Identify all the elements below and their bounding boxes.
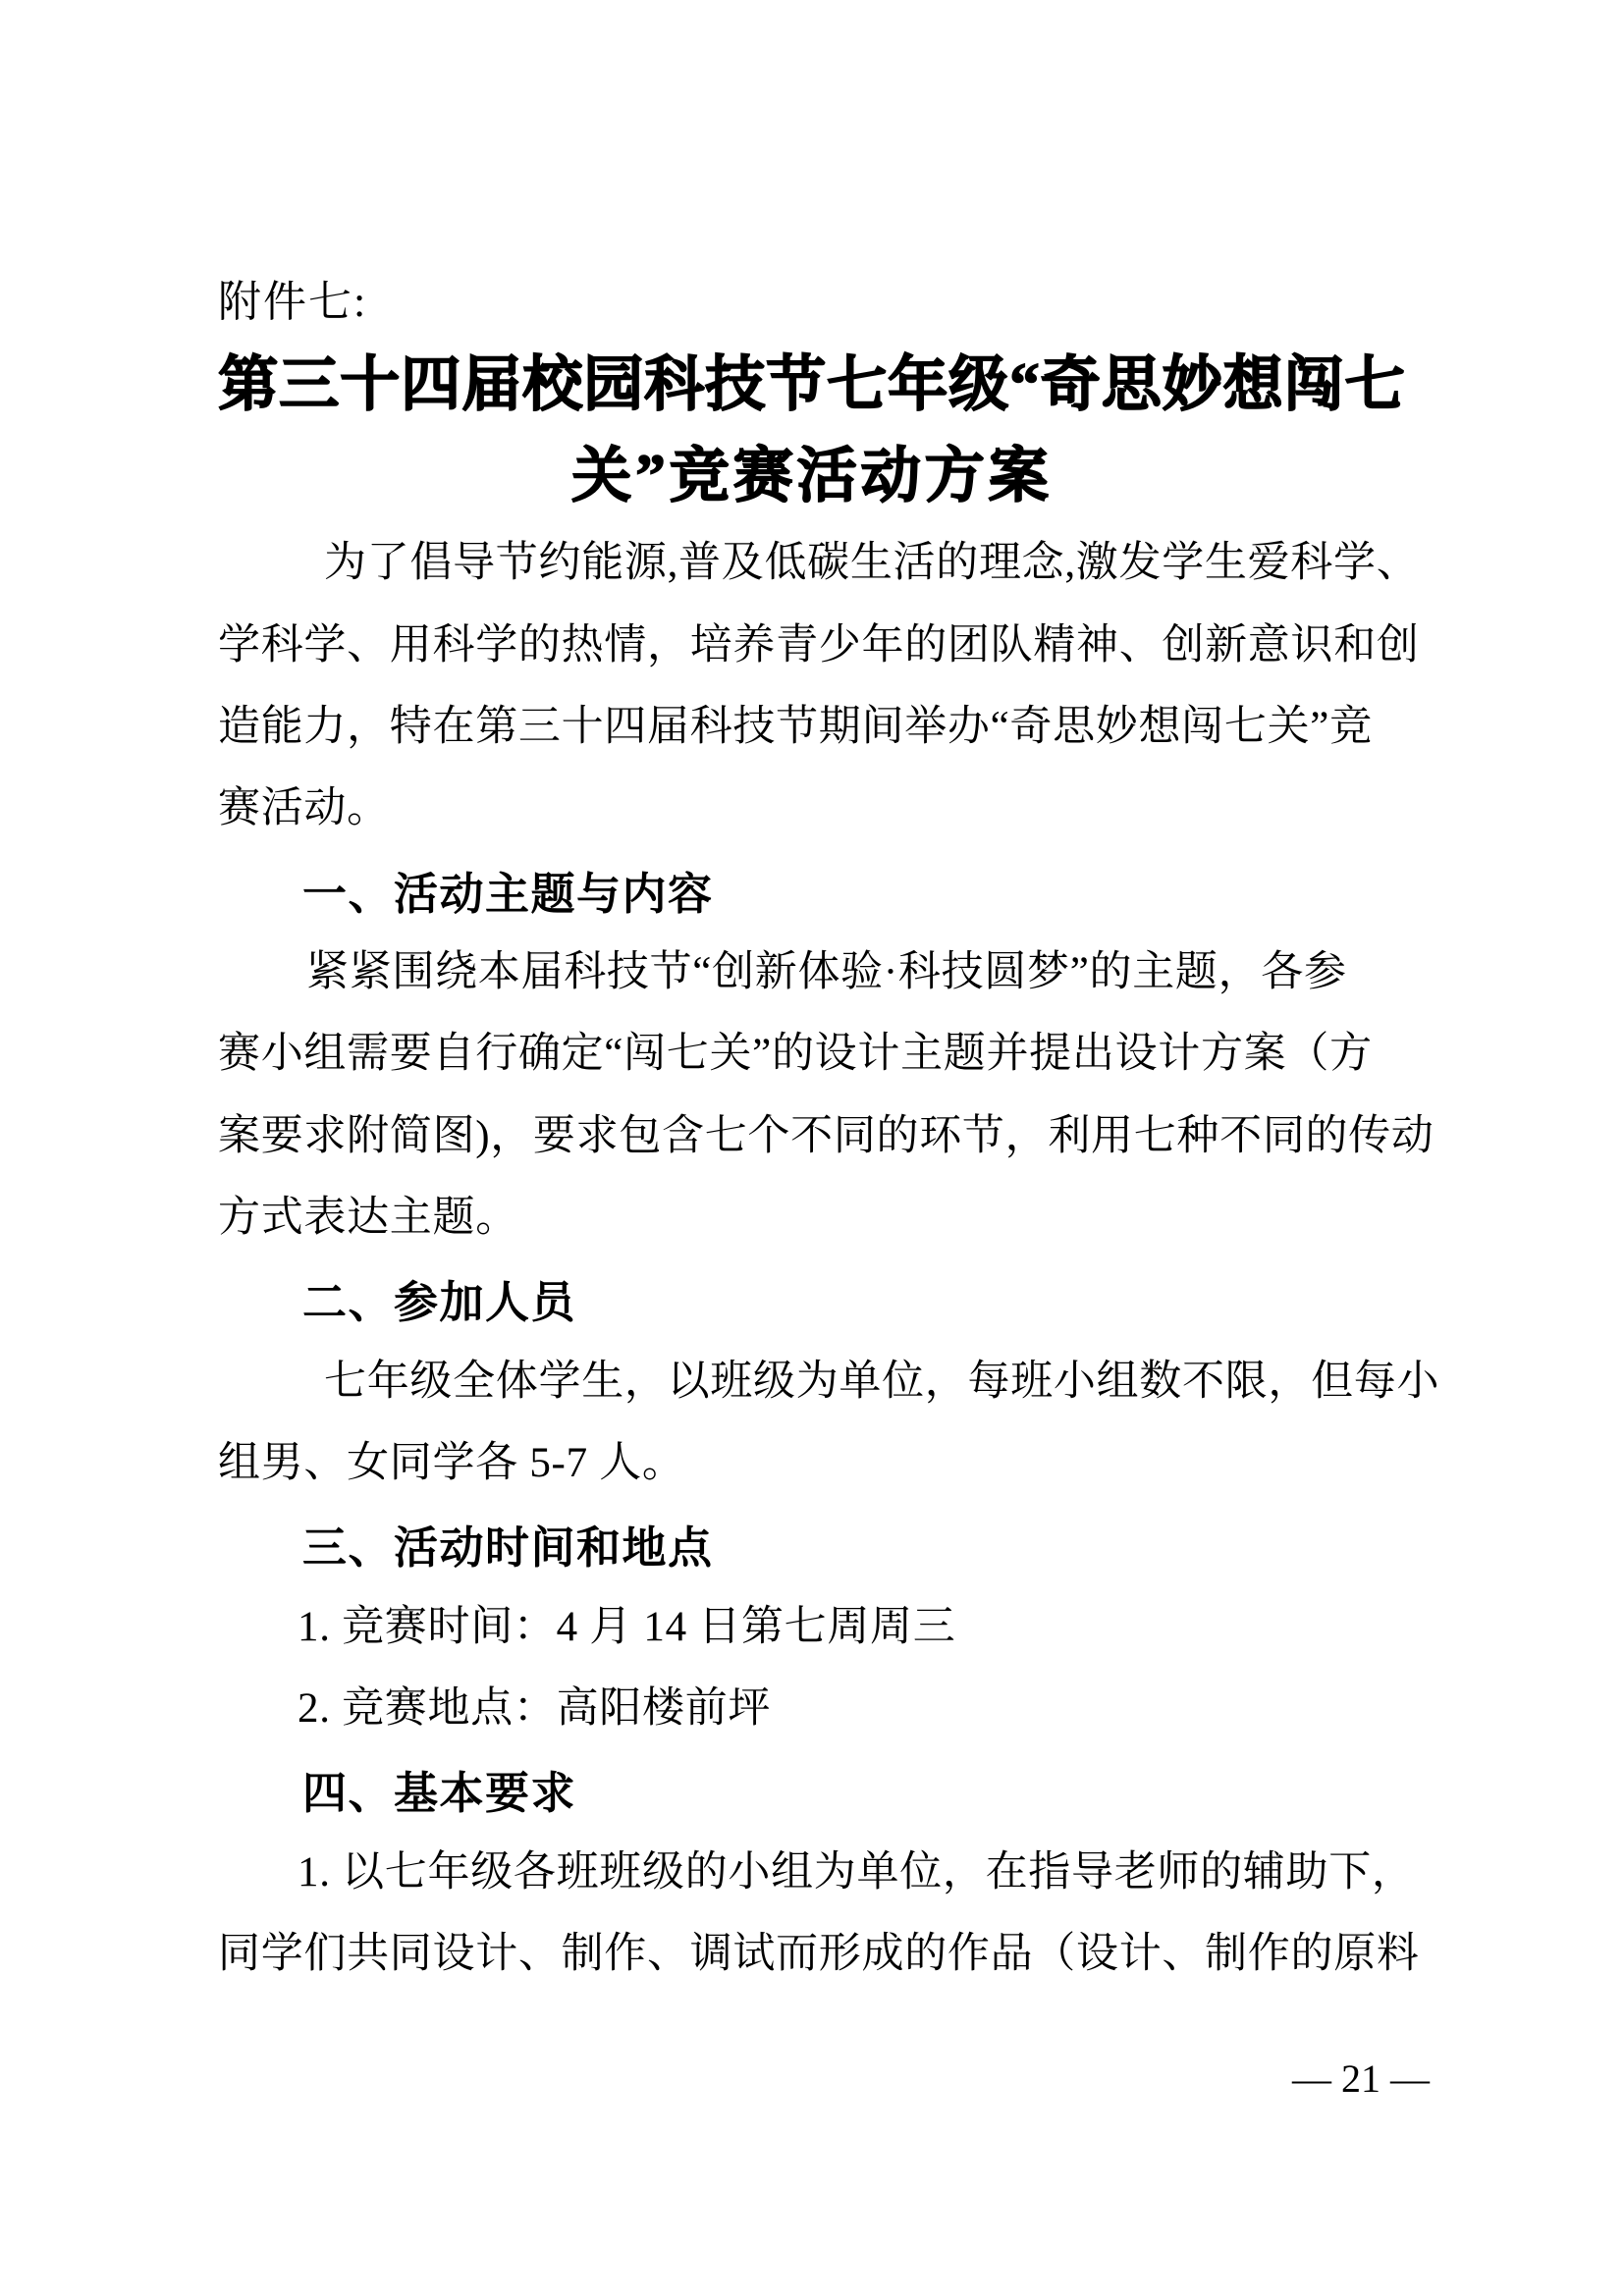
- paragraph-line: 方式表达主题。: [218, 1197, 518, 1239]
- paragraph-line: 赛活动。: [218, 787, 390, 829]
- section-heading-3: 三、活动时间和地点: [302, 1525, 714, 1570]
- numbered-item: 1. 以七年级各班班级的小组为单位，在指导老师的辅助下，: [298, 1851, 1415, 1894]
- document-page: 附件七: 第三十四届校园科技节七年级“奇思妙想闯七 关”竞赛活动方案 为了倡导节…: [0, 0, 1624, 2296]
- section-heading-4: 四、基本要求: [302, 1771, 576, 1815]
- paragraph-line: 紧紧围绕本届科技节“创新体验·科技圆梦”的主题，各参: [306, 951, 1347, 993]
- paragraph-line: 造能力，特在第三十四届科技节期间举办“奇思妙想闯七关”竞: [218, 706, 1373, 748]
- paragraph-line: 七年级全体学生，以班级为单位，每班小组数不限，但每小: [324, 1361, 1439, 1403]
- page-number: — 21 —: [1292, 2059, 1430, 2099]
- section-heading-1: 一、活动主题与内容: [302, 872, 714, 916]
- paragraph-line: 赛小组需要自行确定“闯七关”的设计主题并提出设计方案（方: [218, 1033, 1373, 1075]
- attachment-label: 附件七:: [218, 281, 367, 324]
- paragraph-line: 组男、女同学各 5-7 人。: [218, 1442, 685, 1484]
- numbered-item: 1. 竞赛时间：4 月 14 日第七周周三: [298, 1606, 955, 1648]
- paragraph-line: 同学们共同设计、制作、调试而形成的作品（设计、制作的原料: [218, 1933, 1420, 1975]
- paragraph-line: 学科学、用科学的热情，培养青少年的团队精神、创新意识和创: [218, 624, 1420, 667]
- section-heading-2: 二、参加人员: [302, 1280, 576, 1324]
- paragraph-line: 为了倡导节约能源,普及低碳生活的理念,激发学生爱科学、: [324, 542, 1419, 584]
- document-title-line-2: 关”竞赛活动方案: [211, 447, 1413, 507]
- paragraph-line: 案要求附简图)，要求包含七个不同的环节，利用七种不同的传动: [218, 1115, 1435, 1157]
- numbered-item: 2. 竞赛地点：高阳楼前坪: [298, 1687, 771, 1730]
- document-title-line-1: 第三十四届校园科技节七年级“奇思妙想闯七: [211, 355, 1413, 415]
